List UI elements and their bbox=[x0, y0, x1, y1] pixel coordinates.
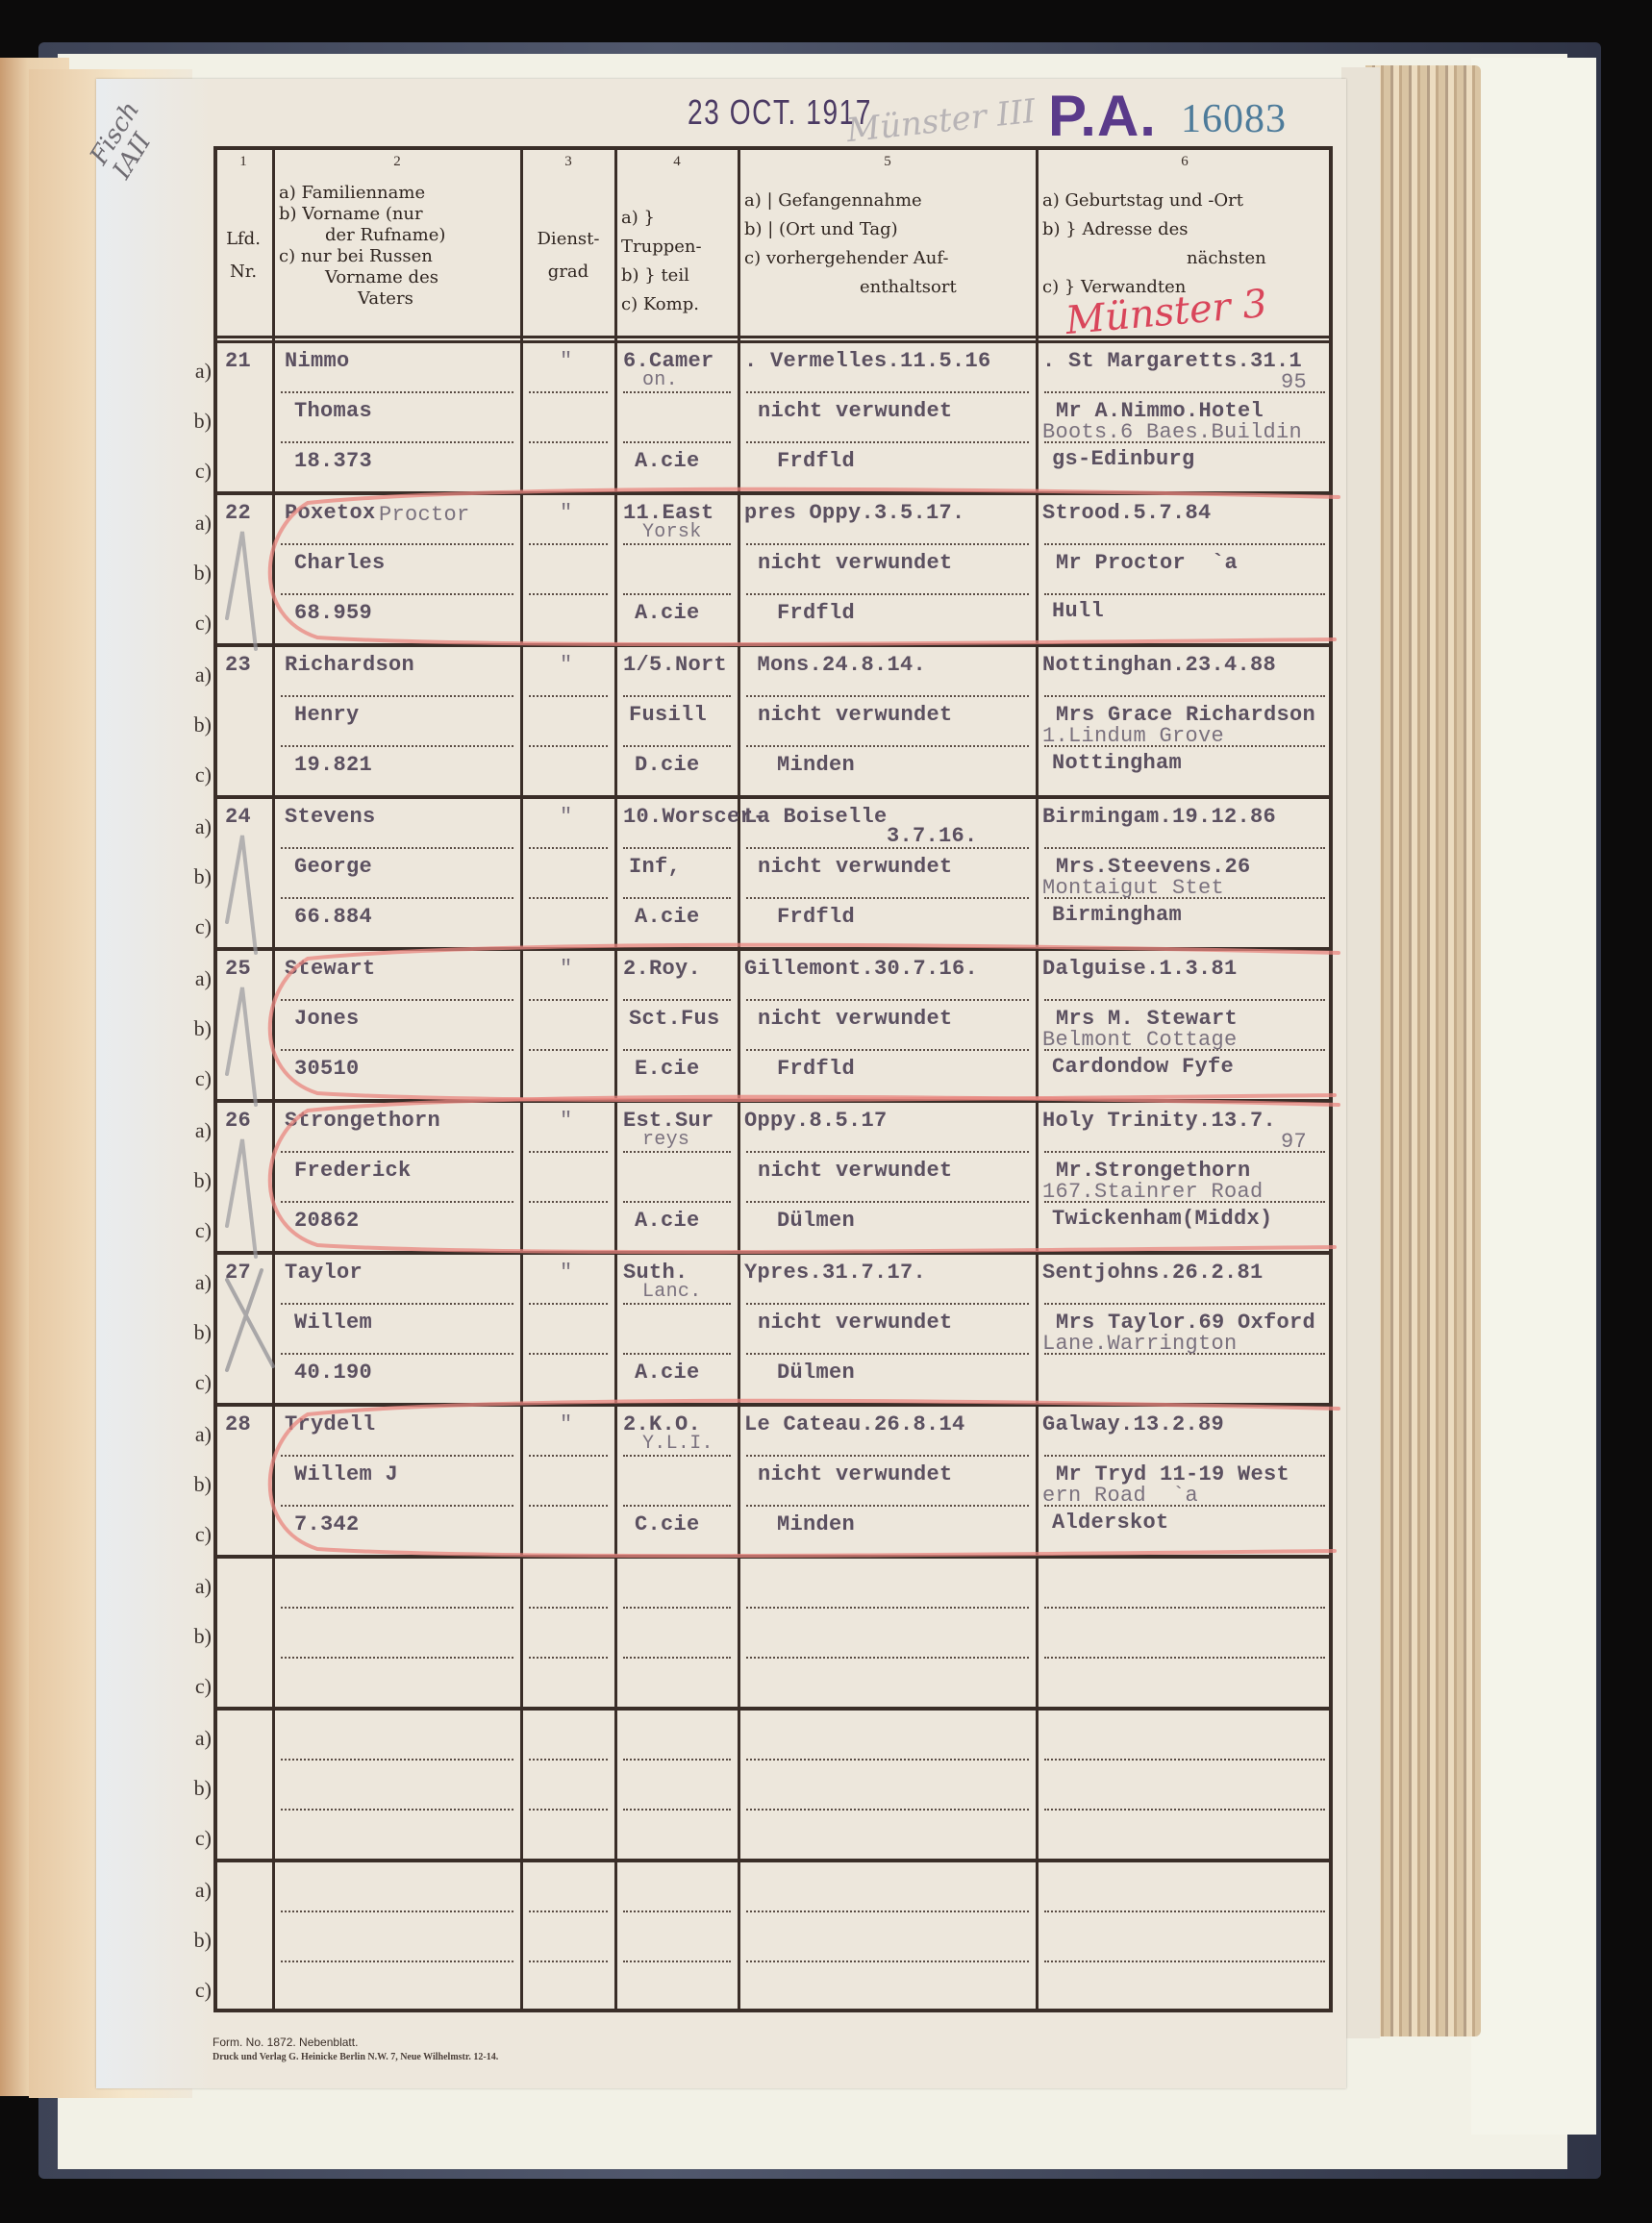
unit-continued: reys bbox=[642, 1130, 689, 1151]
header-line: Lfd. bbox=[219, 223, 267, 256]
subrow-rule bbox=[1044, 1607, 1325, 1609]
company: A.cie bbox=[635, 907, 700, 928]
record-divider bbox=[213, 491, 1333, 495]
subrow-rule bbox=[746, 391, 1029, 393]
header-line: Dienst- bbox=[527, 223, 610, 256]
row-label-c: c) bbox=[183, 611, 212, 636]
subrow-rule bbox=[623, 1353, 731, 1355]
subrow-rule bbox=[623, 1911, 731, 1912]
relative-address-line: ern Road `a bbox=[1042, 1486, 1198, 1507]
relative-address-city: Hull bbox=[1052, 601, 1104, 622]
subrow-rule bbox=[529, 441, 608, 443]
pa-stamp: P.A. bbox=[1048, 83, 1157, 149]
company: A.cie bbox=[635, 603, 700, 624]
row-label-a: a) bbox=[183, 1726, 212, 1751]
header-line: c) Komp. bbox=[621, 290, 733, 319]
family-name: Nimmo bbox=[285, 351, 350, 372]
row-label-b: b) bbox=[183, 712, 212, 737]
subrow-rule bbox=[529, 1911, 608, 1912]
page-edges-light bbox=[1341, 67, 1380, 2038]
subrow-rule bbox=[529, 1303, 608, 1305]
wound-status: nicht verwundet bbox=[758, 857, 953, 878]
unit-line-b: Inf, bbox=[629, 857, 681, 878]
family-name: Trydell bbox=[285, 1414, 376, 1436]
rank-ditto: " bbox=[560, 1262, 573, 1284]
row-label-c: c) bbox=[183, 762, 212, 787]
previous-location: Minden bbox=[777, 1514, 855, 1536]
subrow-rule bbox=[529, 1657, 608, 1659]
subrow-rule bbox=[529, 1505, 608, 1507]
header-line: a) | Gefangennahme bbox=[744, 187, 1031, 215]
service-number: 40.190 bbox=[294, 1362, 372, 1384]
subrow-rule bbox=[281, 1607, 513, 1609]
birth-date-place: Galway.13.2.89 bbox=[1042, 1414, 1224, 1436]
relative-address-line: 167.Stainrer Road bbox=[1042, 1182, 1264, 1203]
row-label-a: a) bbox=[183, 1878, 212, 1903]
header-line: nächsten bbox=[1042, 244, 1327, 273]
subrow-rule bbox=[746, 999, 1029, 1001]
row-label-c: c) bbox=[183, 1978, 212, 2003]
row-label-a: a) bbox=[183, 1118, 212, 1143]
record-divider bbox=[213, 795, 1333, 799]
subrow-rule bbox=[746, 1303, 1029, 1305]
subrow-rule bbox=[1044, 695, 1325, 697]
row-label-b: b) bbox=[183, 1928, 212, 1953]
subrow-rule bbox=[281, 1151, 513, 1153]
record-divider bbox=[213, 1099, 1333, 1103]
white-insert-sheet bbox=[1471, 58, 1596, 2135]
capture-place-date: Oppy.8.5.17 bbox=[744, 1111, 888, 1132]
family-name-correction: Proctor bbox=[379, 505, 470, 526]
first-name: Henry bbox=[294, 705, 360, 726]
relative-name: Mr Proctor `a bbox=[1056, 553, 1238, 574]
record-divider bbox=[213, 947, 1333, 951]
relative-name: Mrs Taylor.69 Oxford bbox=[1056, 1312, 1315, 1334]
subrow-rule bbox=[529, 1353, 608, 1355]
subrow-rule bbox=[529, 847, 608, 849]
unit-continued: Y.L.I. bbox=[642, 1434, 713, 1455]
subrow-rule bbox=[281, 1961, 513, 1962]
subrow-rule bbox=[623, 391, 731, 393]
subrow-rule bbox=[746, 745, 1029, 747]
row-label-a: a) bbox=[183, 511, 212, 536]
company: A.cie bbox=[635, 451, 700, 472]
relative-address-city: Alderskot bbox=[1052, 1512, 1169, 1534]
relative-address-city: Cardondow Fyfe bbox=[1052, 1057, 1234, 1078]
subrow-rule bbox=[281, 1911, 513, 1912]
birth-date-place: . St Margaretts.31.1 bbox=[1042, 351, 1302, 372]
company: A.cie bbox=[635, 1362, 700, 1384]
unit-line-b: Fusill bbox=[629, 705, 707, 726]
birth-date-place: Nottinghan.23.4.88 bbox=[1042, 655, 1276, 676]
subrow-rule bbox=[623, 1657, 731, 1659]
relative-address-line: Belmont Cottage bbox=[1042, 1030, 1238, 1051]
header-line: b) } Adresse des bbox=[1042, 215, 1327, 244]
subrow-rule bbox=[746, 1049, 1029, 1051]
header-line: Vaters bbox=[279, 288, 515, 310]
rank-ditto: " bbox=[560, 1414, 573, 1436]
column-number: 4 bbox=[615, 154, 738, 170]
subrow-rule bbox=[1044, 1809, 1325, 1811]
record-divider bbox=[213, 1251, 1333, 1255]
wound-status: nicht verwundet bbox=[758, 401, 953, 422]
row-label-b: b) bbox=[183, 1320, 212, 1345]
header-line: a) Geburtstag und -Ort bbox=[1042, 187, 1327, 215]
subrow-rule bbox=[623, 897, 731, 899]
unit: 2.Roy. bbox=[623, 959, 701, 980]
subrow-rule bbox=[746, 1809, 1029, 1811]
subrow-rule bbox=[623, 1961, 731, 1962]
subrow-rule bbox=[746, 1505, 1029, 1507]
row-label-c: c) bbox=[183, 1522, 212, 1547]
subrow-rule bbox=[623, 745, 731, 747]
page-edges bbox=[1365, 65, 1481, 2036]
first-name: Willem J bbox=[294, 1464, 398, 1486]
previous-location: Dülmen bbox=[777, 1362, 855, 1384]
first-name: Thomas bbox=[294, 401, 372, 422]
subrow-rule bbox=[1044, 1961, 1325, 1962]
column-header-5: a) | Gefangennahmeb) | (Ort und Tag)c) v… bbox=[744, 187, 1031, 302]
subrow-rule bbox=[623, 695, 731, 697]
unit-continued: on. bbox=[642, 370, 678, 391]
subrow-rule bbox=[746, 543, 1029, 545]
subrow-rule bbox=[281, 441, 513, 443]
rank-ditto: " bbox=[560, 807, 573, 828]
rank-ditto: " bbox=[560, 351, 573, 372]
subrow-rule bbox=[746, 1759, 1029, 1761]
row-label-b: b) bbox=[183, 864, 212, 889]
capture-place-date: . Vermelles.11.5.16 bbox=[744, 351, 991, 372]
subrow-rule bbox=[623, 441, 731, 443]
column-divider bbox=[1036, 146, 1039, 2012]
row-label-b: b) bbox=[183, 409, 212, 434]
subrow-rule bbox=[281, 695, 513, 697]
header-line: Nr. bbox=[219, 256, 267, 288]
row-label-c: c) bbox=[183, 459, 212, 484]
wound-status: nicht verwundet bbox=[758, 553, 953, 574]
column-divider bbox=[614, 146, 617, 2012]
column-divider bbox=[738, 146, 740, 2012]
birth-date-place: Holy Trinity.13.7. bbox=[1042, 1111, 1276, 1132]
subrow-rule bbox=[281, 391, 513, 393]
subrow-rule bbox=[1044, 999, 1325, 1001]
subrow-rule bbox=[1044, 1455, 1325, 1457]
subrow-rule bbox=[623, 1303, 731, 1305]
column-number: 3 bbox=[521, 154, 615, 170]
wound-status: nicht verwundet bbox=[758, 705, 953, 726]
row-label-b: b) bbox=[183, 1624, 212, 1649]
first-name: George bbox=[294, 857, 372, 878]
wound-status: nicht verwundet bbox=[758, 1161, 953, 1182]
relative-address-line: Boots.6 Baes.Buildin bbox=[1042, 422, 1302, 443]
subrow-rule bbox=[1044, 847, 1325, 849]
subrow-rule bbox=[529, 1607, 608, 1609]
subrow-rule bbox=[529, 1455, 608, 1457]
header-line: a) Familienname bbox=[279, 183, 515, 204]
column-header-2: a) Familiennameb) Vorname (nurder Rufnam… bbox=[279, 183, 515, 310]
column-number: 2 bbox=[273, 154, 521, 170]
subrow-rule bbox=[746, 1151, 1029, 1153]
header-line: b) | (Ort und Tag) bbox=[744, 215, 1031, 244]
row-label-a: a) bbox=[183, 966, 212, 991]
service-number: 19.821 bbox=[294, 755, 372, 776]
column-number: 6 bbox=[1037, 154, 1333, 170]
subrow-rule bbox=[529, 1049, 608, 1051]
row-label-c: c) bbox=[183, 1674, 212, 1699]
first-name: Jones bbox=[294, 1009, 360, 1030]
first-name: Frederick bbox=[294, 1161, 412, 1182]
record-number: 26 bbox=[225, 1111, 251, 1132]
subrow-rule bbox=[281, 1303, 513, 1305]
row-label-c: c) bbox=[183, 1066, 212, 1091]
subrow-rule bbox=[746, 1961, 1029, 1962]
capture-place-date: pres Oppy.3.5.17. bbox=[744, 503, 965, 524]
subrow-rule bbox=[281, 745, 513, 747]
record-divider bbox=[213, 1707, 1333, 1711]
family-name: Stewart bbox=[285, 959, 376, 980]
subrow-rule bbox=[623, 999, 731, 1001]
record-number: 25 bbox=[225, 959, 251, 980]
relative-address-line: Montaigut Stet bbox=[1042, 878, 1224, 899]
subrow-rule bbox=[281, 1455, 513, 1457]
birth-date-place: Birmingam.19.12.86 bbox=[1042, 807, 1276, 828]
relative-address-city: gs-Edinburg bbox=[1052, 449, 1195, 470]
row-label-b: b) bbox=[183, 1168, 212, 1193]
subrow-rule bbox=[281, 1201, 513, 1203]
subrow-rule bbox=[623, 1607, 731, 1609]
subrow-rule bbox=[529, 1809, 608, 1811]
capture-place-date: Le Cateau.26.8.14 bbox=[744, 1414, 965, 1436]
row-label-c: c) bbox=[183, 914, 212, 939]
service-number: 30510 bbox=[294, 1059, 360, 1080]
subrow-rule bbox=[529, 543, 608, 545]
relative-address-line: Lane.Warrington bbox=[1042, 1334, 1238, 1355]
record-number: 23 bbox=[225, 655, 251, 676]
capture-place-date: Mons.24.8.14. bbox=[744, 655, 926, 676]
row-label-c: c) bbox=[183, 1218, 212, 1243]
row-label-a: a) bbox=[183, 1270, 212, 1295]
capture-place-date: Gillemont.30.7.16. bbox=[744, 959, 978, 980]
subrow-rule bbox=[1044, 1303, 1325, 1305]
relative-address-city: Birmingham bbox=[1052, 905, 1182, 926]
subrow-rule bbox=[746, 1607, 1029, 1609]
row-label-b: b) bbox=[183, 1776, 212, 1801]
previous-location: Minden bbox=[777, 755, 855, 776]
subrow-rule bbox=[281, 847, 513, 849]
family-name: Richardson bbox=[285, 655, 414, 676]
family-name: Strongethorn bbox=[285, 1111, 440, 1132]
row-label-a: a) bbox=[183, 359, 212, 384]
header-line: Vorname des bbox=[279, 267, 515, 288]
record-number: 28 bbox=[225, 1414, 251, 1436]
first-name: Willem bbox=[294, 1312, 372, 1334]
row-label-a: a) bbox=[183, 1422, 212, 1447]
subrow-rule bbox=[746, 897, 1029, 899]
printer-imprint: Druck und Verlag G. Heinicke Berlin N.W.… bbox=[213, 2052, 498, 2062]
unit-line-b: Sct.Fus bbox=[629, 1009, 720, 1030]
column-header-4: a) } Truppen-b) } teilc) Komp. bbox=[621, 204, 733, 319]
wound-status: nicht verwundet bbox=[758, 1464, 953, 1486]
capture-place-date: La Boiselle bbox=[744, 807, 888, 828]
unit: 1/5.Nort bbox=[623, 655, 727, 676]
subrow-rule bbox=[281, 999, 513, 1001]
subrow-rule bbox=[529, 1961, 608, 1962]
record-divider bbox=[213, 1403, 1333, 1407]
row-label-b: b) bbox=[183, 561, 212, 586]
birth-date-place: Strood.5.7.84 bbox=[1042, 503, 1212, 524]
row-label-a: a) bbox=[183, 1574, 212, 1599]
header-line: c) vorhergehender Auf- bbox=[744, 244, 1031, 273]
unit-continued: Lanc. bbox=[642, 1282, 702, 1303]
birth-date-place: Dalguise.1.3.81 bbox=[1042, 959, 1238, 980]
subrow-rule bbox=[529, 695, 608, 697]
unit-continued: Yorsk bbox=[642, 522, 702, 543]
column-header-6: a) Geburtstag und -Ortb) } Adresse desnä… bbox=[1042, 187, 1327, 302]
column-header-3: Dienst-grad bbox=[527, 223, 610, 288]
header-line: b) Vorname (nur bbox=[279, 204, 515, 225]
header-line: b) } teil bbox=[621, 262, 733, 290]
subrow-rule bbox=[529, 897, 608, 899]
subrow-rule bbox=[746, 1911, 1029, 1912]
subrow-rule bbox=[623, 1505, 731, 1507]
record-number: 21 bbox=[225, 351, 251, 372]
row-label-a: a) bbox=[183, 814, 212, 839]
relative-name: Mrs Grace Richardson bbox=[1056, 705, 1315, 726]
record-number: 22 bbox=[225, 503, 251, 524]
subrow-rule bbox=[623, 543, 731, 545]
subrow-rule bbox=[623, 1201, 731, 1203]
company: E.cie bbox=[635, 1059, 700, 1080]
row-label-c: c) bbox=[183, 1370, 212, 1395]
subrow-rule bbox=[529, 593, 608, 595]
subrow-rule bbox=[529, 1201, 608, 1203]
birth-year-continued: 95 bbox=[1281, 372, 1307, 393]
subrow-rule bbox=[281, 1353, 513, 1355]
previous-location: Dülmen bbox=[777, 1211, 855, 1232]
subrow-rule bbox=[281, 543, 513, 545]
relative-name: Mr Tryd 11-19 West bbox=[1056, 1464, 1289, 1486]
company: C.cie bbox=[635, 1514, 700, 1536]
subrow-rule bbox=[623, 847, 731, 849]
service-number: 20862 bbox=[294, 1211, 360, 1232]
family-name: Poxetox bbox=[285, 503, 376, 524]
subrow-rule bbox=[746, 593, 1029, 595]
header-line: a) } Truppen- bbox=[621, 204, 733, 262]
relative-address-city: Nottingham bbox=[1052, 753, 1182, 774]
first-name: Charles bbox=[294, 553, 386, 574]
subrow-rule bbox=[1044, 593, 1325, 595]
subrow-rule bbox=[529, 391, 608, 393]
column-divider bbox=[520, 146, 523, 2012]
subrow-rule bbox=[746, 441, 1029, 443]
record-divider bbox=[213, 1555, 1333, 1559]
wound-status: nicht verwundet bbox=[758, 1312, 953, 1334]
subrow-rule bbox=[281, 1657, 513, 1659]
subrow-rule bbox=[1044, 1911, 1325, 1912]
subrow-rule bbox=[281, 1049, 513, 1051]
subrow-rule bbox=[623, 1151, 731, 1153]
rank-ditto: " bbox=[560, 655, 573, 676]
subrow-rule bbox=[529, 999, 608, 1001]
service-number: 7.342 bbox=[294, 1514, 360, 1536]
row-label-a: a) bbox=[183, 662, 212, 687]
relative-address-line: 1.Lindum Grove bbox=[1042, 726, 1224, 747]
previous-location: Frdfld bbox=[777, 907, 855, 928]
wound-status: nicht verwundet bbox=[758, 1009, 953, 1030]
capture-place-date: Ypres.31.7.17. bbox=[744, 1262, 926, 1284]
subrow-rule bbox=[623, 1455, 731, 1457]
record-divider bbox=[213, 643, 1333, 647]
column-header-1: Lfd.Nr. bbox=[219, 223, 267, 288]
header-line: c) nur bei Russen bbox=[279, 246, 515, 267]
subrow-rule bbox=[746, 695, 1029, 697]
row-label-b: b) bbox=[183, 1472, 212, 1497]
subrow-rule bbox=[281, 1759, 513, 1761]
subrow-rule bbox=[623, 1759, 731, 1761]
service-number: 66.884 bbox=[294, 907, 372, 928]
birth-date-place: Sentjohns.26.2.81 bbox=[1042, 1262, 1264, 1284]
subrow-rule bbox=[746, 1201, 1029, 1203]
subrow-rule bbox=[746, 1455, 1029, 1457]
relative-address-city: Twickenham(Middx) bbox=[1052, 1209, 1273, 1230]
rank-ditto: " bbox=[560, 959, 573, 980]
subrow-rule bbox=[746, 1657, 1029, 1659]
subrow-rule bbox=[746, 1353, 1029, 1355]
subrow-rule bbox=[529, 1151, 608, 1153]
pa-number-stamp: 16083 bbox=[1181, 96, 1287, 142]
header-divider bbox=[213, 336, 1333, 343]
header-line: der Rufname) bbox=[279, 225, 515, 246]
service-number: 18.373 bbox=[294, 451, 372, 472]
column-number: 1 bbox=[213, 154, 273, 170]
company: D.cie bbox=[635, 755, 700, 776]
relative-name: Mrs.Steevens.26 bbox=[1056, 857, 1251, 878]
subrow-rule bbox=[623, 1809, 731, 1811]
rank-ditto: " bbox=[560, 1111, 573, 1132]
subrow-rule bbox=[281, 1809, 513, 1811]
relative-name: Mrs M. Stewart bbox=[1056, 1009, 1238, 1030]
subrow-rule bbox=[529, 745, 608, 747]
rank-ditto: " bbox=[560, 503, 573, 524]
subrow-rule bbox=[623, 1049, 731, 1051]
record-number: 24 bbox=[225, 807, 251, 828]
birth-year-continued: 97 bbox=[1281, 1132, 1307, 1153]
relative-name: Mr A.Nimmo.Hotel bbox=[1056, 401, 1264, 422]
company: A.cie bbox=[635, 1211, 700, 1232]
form-number: Form. No. 1872. Nebenblatt. bbox=[213, 2036, 358, 2049]
record-number: 27 bbox=[225, 1262, 251, 1284]
capture-date-continued: 3.7.16. bbox=[887, 826, 978, 847]
subrow-rule bbox=[1044, 1657, 1325, 1659]
family-name: Taylor bbox=[285, 1262, 363, 1284]
previous-location: Frdfld bbox=[777, 1059, 855, 1080]
previous-location: Frdfld bbox=[777, 603, 855, 624]
service-number: 68.959 bbox=[294, 603, 372, 624]
previous-location: Frdfld bbox=[777, 451, 855, 472]
record-divider bbox=[213, 1859, 1333, 1862]
row-label-b: b) bbox=[183, 1016, 212, 1041]
relative-name: Mr.Strongethorn bbox=[1056, 1161, 1251, 1182]
column-number: 5 bbox=[738, 154, 1037, 170]
subrow-rule bbox=[281, 1505, 513, 1507]
header-line: enthaltsort bbox=[744, 273, 1031, 302]
subrow-rule bbox=[1044, 1759, 1325, 1761]
family-name: Stevens bbox=[285, 807, 376, 828]
subrow-rule bbox=[281, 593, 513, 595]
column-divider bbox=[272, 146, 275, 2012]
subrow-rule bbox=[529, 1759, 608, 1761]
row-label-c: c) bbox=[183, 1826, 212, 1851]
